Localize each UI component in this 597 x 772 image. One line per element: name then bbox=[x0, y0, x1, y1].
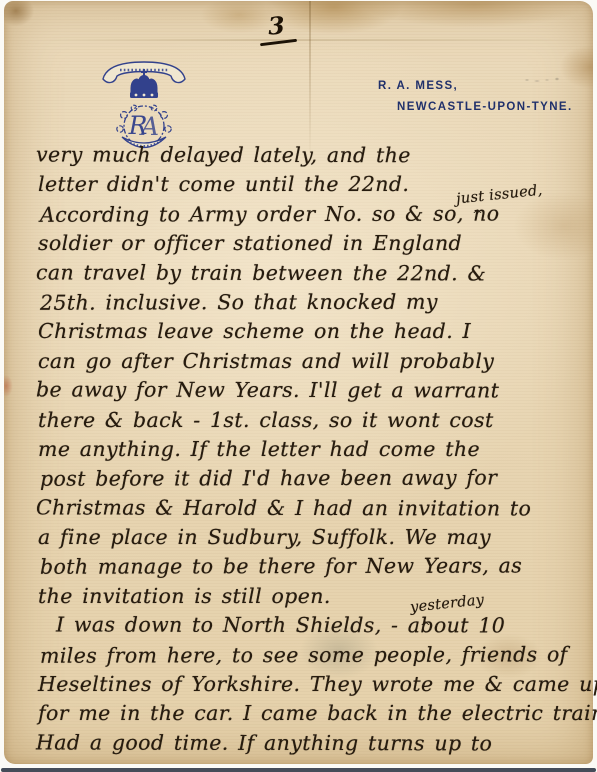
insertion-caret-icon: ^ bbox=[472, 208, 483, 223]
horizontal-fold-crease bbox=[4, 39, 593, 41]
faint-pencil-marks bbox=[523, 76, 561, 85]
handwritten-line: there & back - 1st. class, so it wont co… bbox=[38, 408, 596, 437]
handwritten-line: Had a good time. If anything turns up to bbox=[36, 730, 594, 761]
letterhead-city: NEWCASTLE-UPON-TYNE. bbox=[397, 101, 573, 113]
letter-scan-photo: 3 R bbox=[0, 0, 597, 772]
handwritten-body: very much delayed lately, and the letter… bbox=[38, 143, 596, 760]
page-number: 3 bbox=[267, 10, 287, 40]
handwritten-line: According to Army order No. so & so, no bbox=[40, 201, 597, 232]
handwritten-line: can travel by train between the 22nd. & bbox=[36, 260, 594, 291]
handwritten-line: for me in the car. I came back in the el… bbox=[38, 701, 596, 730]
handwritten-line: the invitation is still open. bbox=[38, 584, 596, 613]
photo-bottom-edge bbox=[1, 768, 596, 772]
handwritten-line: soldier or officer stationed in England bbox=[38, 231, 596, 260]
handwritten-line: me anything. If the letter had come the bbox=[38, 437, 596, 466]
svg-text:A: A bbox=[139, 112, 159, 141]
handwritten-line: I was down to North Shields, - about 10 bbox=[36, 613, 594, 644]
handwritten-line: very much delayed lately, and the bbox=[36, 142, 594, 173]
handwritten-line: both manage to be there for New Years, a… bbox=[40, 554, 597, 585]
insertion-caret-icon: ^ bbox=[420, 620, 431, 635]
handwritten-line: 25th. inclusive. So that knocked my bbox=[40, 289, 597, 320]
handwritten-line: a fine place in Sudbury, Suffolk. We may bbox=[38, 525, 596, 554]
vertical-fold-crease bbox=[309, 1, 311, 161]
handwritten-line: Heseltines of Yorkshire. They wrote me &… bbox=[38, 672, 596, 701]
handwritten-line: Christmas leave scheme on the head. I bbox=[38, 319, 596, 348]
handwritten-line: post before it did I'd have been away fo… bbox=[40, 466, 597, 497]
handwritten-line: miles from here, to see some people, fri… bbox=[40, 642, 597, 673]
handwritten-line: be away for New Years. I'll get a warran… bbox=[36, 378, 594, 409]
handwritten-line: Christmas & Harold & I had an invitation… bbox=[36, 495, 594, 526]
letter-page: 3 R bbox=[4, 1, 593, 764]
handwritten-line: can go after Christmas and will probably bbox=[38, 349, 596, 378]
